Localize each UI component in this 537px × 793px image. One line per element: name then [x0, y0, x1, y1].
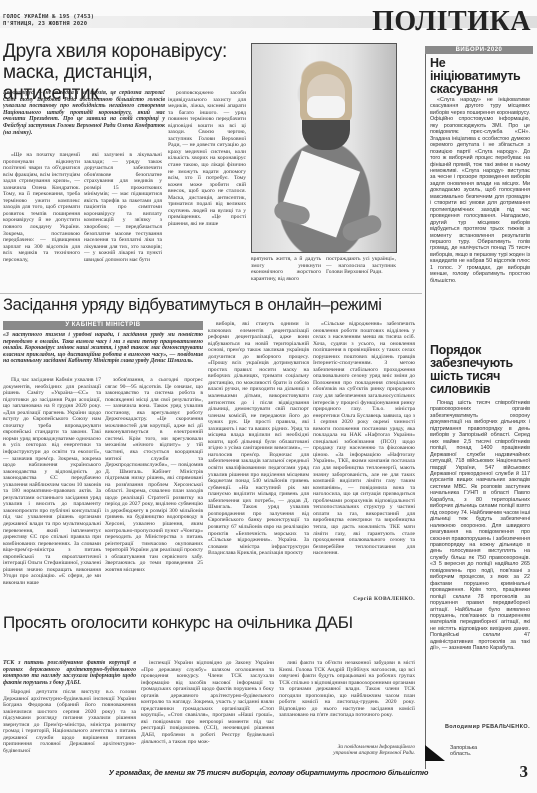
article2-col3-text: виборів, які стануть одними із ключових … [208, 321, 309, 557]
article2-col2: зобов'язання, а сьогодні прогрес сягає 9… [105, 377, 203, 605]
article3-headline: Просять оголосити конкурс на очільника Д… [3, 613, 423, 633]
article1-col2: які залучені в лікувальні заклади; — уря… [84, 152, 162, 290]
section-title: ПОЛІТИКА [372, 8, 531, 36]
newspaper-page: ГОЛОС УКРАЇНИ № 195 (7453) П'ЯТНИЦЯ, 23 … [0, 0, 537, 793]
sidebar-region: Запорізька область. [450, 745, 500, 759]
issue-date: П'ЯТНИЦЯ, 23 ЖОВТНЯ 2020 [3, 21, 94, 28]
article1-col3-text: розповсюджено засоби індивідуального зах… [168, 90, 246, 227]
sidebar-story1-headline: Не ініціюватимуть скасування другого тур… [430, 57, 530, 97]
article3-source: За повідомленням Інформаційного управлін… [325, 744, 415, 762]
article1-col2-text: які залучені в лікувальні заклади; — уря… [84, 152, 162, 263]
article3-col2-text: інспекції України відповідно до Закону У… [141, 660, 274, 745]
issue-info: ГОЛОС УКРАЇНИ № 195 (7453) П'ЯТНИЦЯ, 23 … [3, 14, 94, 28]
sidebar-story1-text: «Слуга народу» не ініціюватиме скасуванн… [430, 97, 530, 284]
article1-lead: Коронавірус — не вигадка і не ілюзія, це… [3, 90, 165, 150]
article2-rubric: У КАБІНЕТІ МІНІСТРІВ [3, 321, 203, 330]
sidebar-story1: «Слуга народу» не ініціюватиме скасуванн… [430, 97, 530, 341]
article3-col3: ливі факти та об'єкти незаконної забудов… [279, 660, 415, 744]
article1-col1-text: «Ще на початку пандемії пропонували відк… [3, 152, 80, 263]
issue-number: ГОЛОС УКРАЇНИ № 195 (7453) [3, 14, 94, 21]
sidebar-byline: Володимир РЕВАЛЬЧЕНКО. [440, 724, 530, 738]
article3-col3-text: ливі факти та об'єкти незаконної забудов… [279, 660, 415, 719]
footer-teaser[interactable]: У громадах, де менш як 75 тисяч виборців… [0, 768, 537, 777]
article2-headline: Засідання уряду відбуватимуться в онлайн… [3, 295, 423, 315]
photo-mask [307, 96, 345, 118]
article3-lead: ТСК з питань розслідування фактів корупц… [3, 660, 136, 688]
masthead: ГОЛОС УКРАЇНИ № 195 (7453) П'ЯТНИЦЯ, 23 … [0, 8, 537, 34]
article2-col2-text: зобов'язання, а сьогодні прогрес сягає 9… [105, 377, 203, 573]
article1-col1: «Ще на початку пандемії пропонували відк… [3, 152, 80, 290]
article2-col1-text: Під час засідання Кабмін ухвалив 17 доку… [3, 377, 101, 587]
photo-scarf [302, 120, 350, 150]
photo-glove-right [340, 213, 384, 244]
article1-col3: розповсюджено засоби індивідуального зах… [168, 90, 246, 290]
article2-byline: Сергій КОВАЛЕНКО. [330, 596, 415, 604]
article3-col1: Народні депутати після виступу в.о. голо… [3, 689, 136, 759]
article1-photo[interactable] [251, 43, 397, 253]
article2-col1: Під час засідання Кабмін ухвалив 17 доку… [3, 377, 101, 605]
sidebar-story2-headline: Порядок забезпечують шість тисяч силовик… [430, 344, 530, 400]
sidebar-story2: Понад шість тисяч співробітників правоох… [430, 400, 530, 722]
article1-caption-col2: постраждають усі українці», — наголосила… [326, 256, 396, 288]
article2-col4-text: «Сільське відродження» забезпечить оновл… [313, 321, 415, 557]
sidebar-rubric: ВИБОРИ-2020 [425, 46, 533, 54]
sidebar-story2-text: Понад шість тисяч співробітників правоох… [430, 400, 530, 652]
article2-col4: «Сільське відродження» забезпечить оновл… [313, 321, 415, 597]
page-number: 3 [520, 762, 529, 782]
corner-triangle [425, 745, 445, 761]
article3-col2: інспекції України відповідно до Закону У… [141, 660, 274, 759]
divider-top [0, 293, 422, 294]
article2-col3: виборів, які стануть одними із ключових … [208, 321, 309, 605]
article1-caption-col1: врятують життя, а й дадуть змогу уникнут… [251, 256, 321, 288]
article2-lead: «З наступного тижня і урядові наради, і … [3, 332, 203, 375]
article3-col1-text: Народні депутати після виступу в.о. голо… [3, 689, 136, 754]
